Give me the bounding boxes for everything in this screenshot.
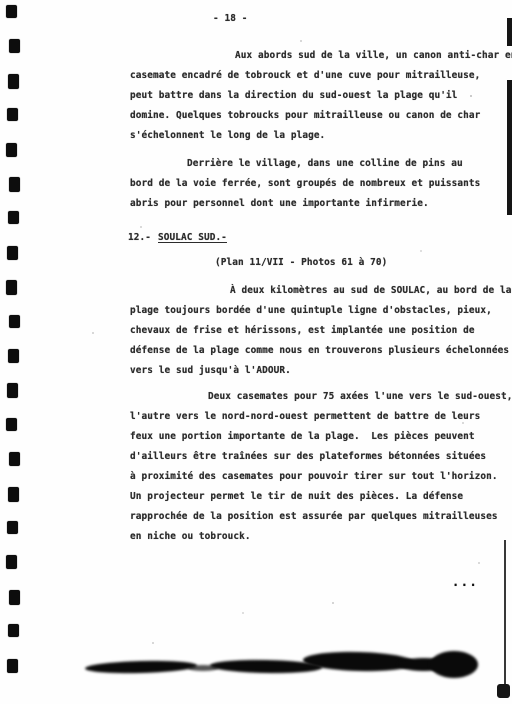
binding-hole-mark <box>7 246 18 260</box>
scanned-document-page: - 18 - Aux abords sud de la ville, un ca… <box>0 0 512 704</box>
scan-edge-artifact <box>504 540 506 698</box>
binding-hole-mark <box>7 383 18 398</box>
binding-hole-mark <box>9 177 20 192</box>
paragraph-line: plage toujours bordée d'une quintuple li… <box>130 305 492 317</box>
paragraph-line: l'autre vers le nord-nord-ouest permette… <box>130 411 480 423</box>
binding-hole-mark <box>9 590 20 605</box>
section-subtitle: (Plan 11/VII - Photos 61 à 70) <box>215 257 387 269</box>
paragraph-line: Derrière le village, dans une colline de… <box>187 158 463 170</box>
section-title: SOULAC SUD.- <box>158 232 227 244</box>
paragraph-line: rapprochée de la position est assurée pa… <box>130 511 498 523</box>
binding-hole-mark <box>6 5 17 18</box>
binding-hole-mark <box>6 418 17 431</box>
scan-edge-artifact <box>497 684 510 698</box>
binding-hole-mark <box>7 108 18 121</box>
binding-hole-mark <box>8 487 19 502</box>
scan-noise <box>0 0 2 2</box>
binding-hole-mark <box>8 349 19 363</box>
binding-hole-mark <box>6 555 17 569</box>
paragraph-line: s'échelonnent le long de la plage. <box>130 130 325 142</box>
paragraph-line: défense de la plage comme nous en trouve… <box>130 345 509 357</box>
paragraph-line: À deux kilomètres au sud de SOULAC, au b… <box>230 285 511 297</box>
paragraph-line: peut battre dans la direction du sud-oue… <box>130 90 457 102</box>
binding-hole-mark <box>7 659 18 673</box>
paragraph-line: Deux casemates pour 75 axées l'une vers … <box>208 391 512 403</box>
binding-hole-mark <box>9 39 20 53</box>
binding-hole-mark <box>6 280 17 295</box>
paragraph-line: chevaux de frise et hérissons, est impla… <box>130 325 475 337</box>
paragraph-line: Aux abords sud de la ville, un canon ant… <box>235 50 512 62</box>
paragraph-line: d'ailleurs être traînées sur des platefo… <box>130 451 486 463</box>
binding-hole-mark <box>8 211 19 224</box>
page-number: - 18 - <box>213 13 247 25</box>
binding-hole-mark <box>8 624 19 637</box>
ink-smear <box>85 660 197 675</box>
scan-edge-artifact <box>507 18 512 46</box>
binding-hole-mark <box>9 315 20 328</box>
binding-hole-mark <box>6 143 17 157</box>
binding-hole-mark <box>8 74 19 89</box>
paragraph-line: à proximité des casemates pour pouvoir t… <box>130 471 498 483</box>
paragraph-line: casemate encadré de tobrouck et d'une cu… <box>130 70 480 82</box>
binding-hole-mark <box>7 521 18 534</box>
paragraph-line: vers le sud jusqu'à l'ADOUR. <box>130 365 291 377</box>
paragraph-line: en niche ou tobrouck. <box>130 531 251 543</box>
paragraph-line: domine. Quelques tobroucks pour mitraill… <box>130 110 480 122</box>
section-number: 12.- <box>128 232 151 244</box>
paragraph-line: abris pour personnel dont une importante… <box>130 198 429 210</box>
paragraph-line: feux une portion importante de la plage.… <box>130 431 475 443</box>
scan-edge-artifact <box>507 80 512 215</box>
paragraph-line: bord de la voie ferrée, sont groupés de … <box>130 178 480 190</box>
binding-hole-mark <box>9 452 20 466</box>
ink-smear <box>430 651 478 678</box>
paragraph-line: Un projecteur permet le tir de nuit des … <box>130 491 463 503</box>
continuation-mark: ... <box>452 576 478 588</box>
